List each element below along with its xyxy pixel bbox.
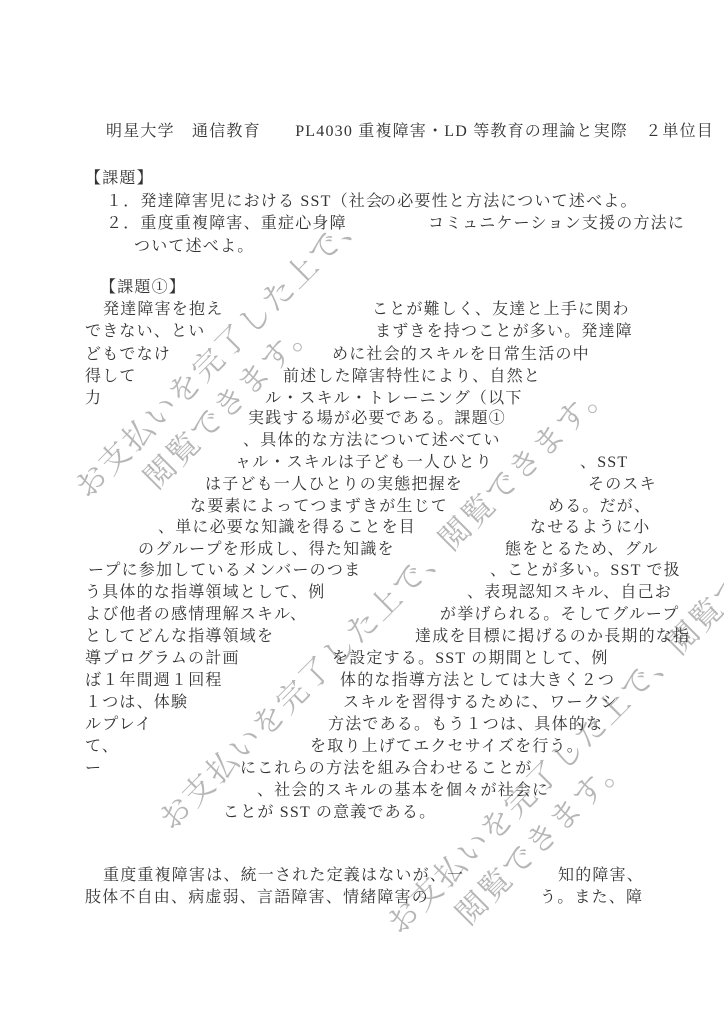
body-line: ことが SST の意義である。	[223, 803, 436, 822]
body-line: なせるように小	[530, 518, 650, 537]
document-page: お支払いを完了した上で、閲覧できます。お支払いを完了した上で、閲覧できます。お支…	[0, 0, 724, 1024]
body-line: て、	[85, 737, 119, 756]
body-line: 、具体的な方法について述べてい	[243, 431, 501, 450]
body-line: める。だが、	[548, 497, 651, 516]
body-line: にこれらの方法を組み合わせることが	[240, 759, 532, 778]
body-line: 発達障害を抱え	[103, 300, 223, 319]
body-line: ルプレイ	[85, 715, 152, 734]
body-line: そのスキ	[588, 475, 657, 494]
body-line: できない、とい	[85, 322, 205, 341]
body-line: ル・スキル・トレーニング（以下	[265, 389, 523, 408]
body-line: 肢体不自由、病虚弱、言語障害、情緒障害の	[85, 888, 429, 907]
body-line: 、SST	[580, 453, 628, 472]
body-line: 、社会的スキルの基本を個々が社会に	[257, 781, 549, 800]
body-line: な要素によってつまずきが生じて	[190, 497, 448, 516]
body-line: スキルを習得するために、ワークシ	[343, 693, 618, 712]
kadai-item-2: コミュニケーション支援の方法に	[428, 214, 685, 233]
body-line: どもでなけ	[85, 345, 171, 364]
body-line: を設定する。SST の期間として、例	[332, 649, 609, 668]
body-line: 導プログラムの計画	[85, 649, 240, 668]
body-line: ャル・スキルは子ども一人ひとり	[235, 453, 493, 472]
body-line: １つは、体験	[85, 693, 188, 712]
kadai-item-1: の必要性と方法について述べよ。	[380, 192, 638, 211]
body-line: ープに参加しているメンバーのつま	[88, 561, 361, 580]
body-line: のグループを形成し、得た知識を	[138, 540, 395, 559]
body-line: 方法である。もう１つは、具体的な	[328, 715, 603, 734]
body-line: は子ども一人ひとりの実態把握を	[205, 475, 463, 494]
body-line: が挙げられる。そしてグループ	[440, 605, 680, 624]
body-line: よび他者の感情理解スキル、	[85, 605, 307, 624]
body-line: めに社会的スキルを日常生活の中	[332, 345, 590, 364]
body-line: ことが難しく、友達と上手に関わ	[372, 300, 630, 319]
body-line: 、表現認知スキル、自己お	[467, 583, 672, 602]
body-line: う。また、障	[540, 888, 643, 907]
body-line: 達成を目標に掲げるのか長期的な指	[415, 627, 690, 646]
kadai-item-1: １．発達障害児における SST（社会	[106, 192, 383, 211]
kadai1-heading: 【課題①】	[100, 278, 186, 297]
body-line: 、ことが多い。SST で扱	[490, 561, 681, 580]
body-line: 前述した障害特性により、自然と	[283, 367, 541, 386]
body-line: 実践する場が必要である。課題①	[248, 409, 506, 428]
body-line: 、単に必要な知識を得ることを目	[158, 518, 416, 537]
body-line: 力	[85, 389, 102, 408]
body-line: まずきを持つことが多い。発達障	[375, 322, 633, 341]
body-line: としてどんな指導領域を	[85, 627, 274, 646]
body-line: を取り上げてエクセサイズを行う。	[310, 737, 584, 756]
body-line: う具体的な指導領域として、例	[85, 583, 325, 602]
body-line: 態をとるため、グル	[505, 540, 659, 559]
doc-header: 明星大学 通信教育 PL4030 重複障害・LD 等教育の理論と実際 ２単位目	[106, 122, 714, 141]
body-line: 重度重複障害は、統一された定義はないが、一	[103, 866, 464, 885]
body-line: 知的障害、	[558, 866, 644, 885]
body-line: ば１年間週１回程	[85, 671, 223, 690]
kadai-item-2: ２．重度重複障害、重症心身障	[106, 214, 347, 233]
body-line: 体的な指導方法としては大きく２つ	[340, 671, 615, 690]
body-line: ー	[85, 759, 102, 778]
body-line: 得して	[85, 367, 137, 386]
kadai-item-2-cont: ついて述べよ。	[134, 237, 254, 256]
kadai-heading: 【課題】	[85, 169, 154, 188]
